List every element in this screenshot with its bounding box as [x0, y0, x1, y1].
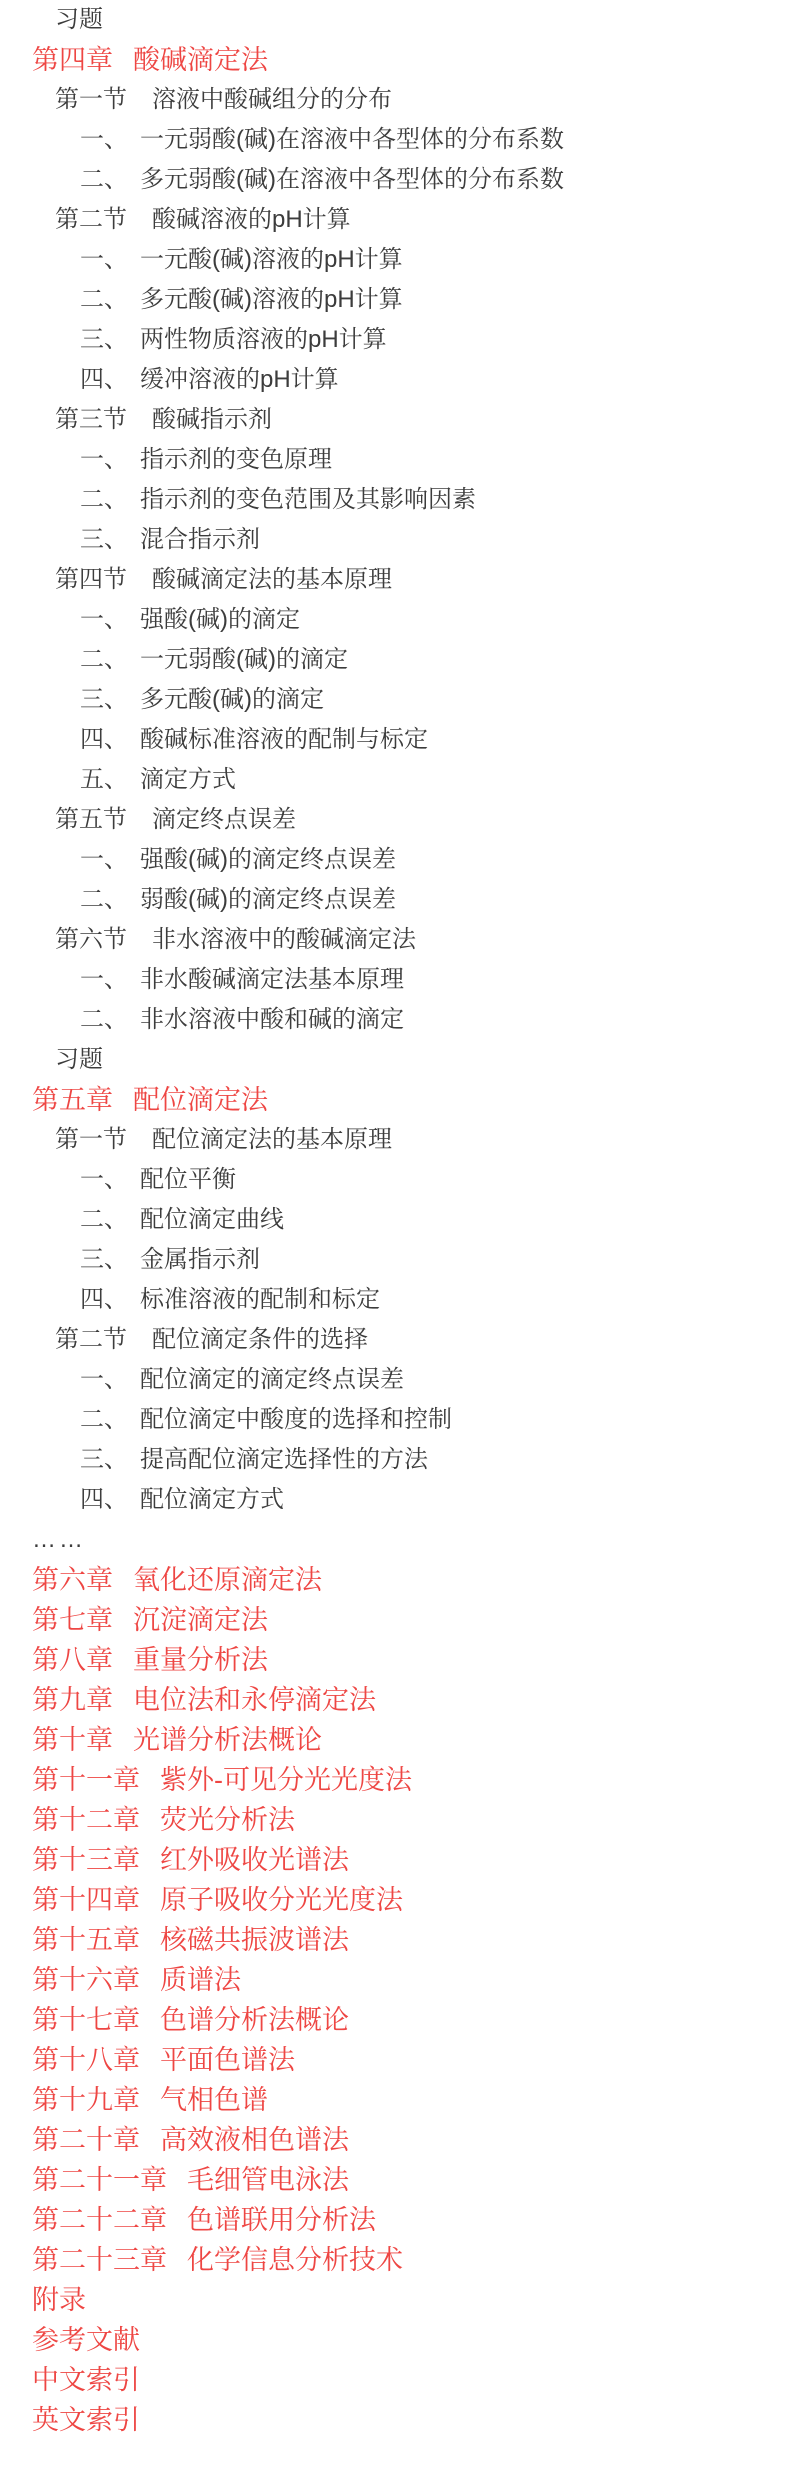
toc-entry-title: 电位法和永停滴定法	[133, 1680, 376, 1720]
toc-entry-label: 一、	[80, 960, 128, 1000]
toc-backmatter-entry: 参考文献	[0, 2320, 790, 2360]
toc-subsection-entry: 四、配位滴定方式	[0, 1480, 790, 1520]
toc-entry-label: 第一节	[55, 80, 127, 120]
toc-entry-label: 一、	[80, 1160, 128, 1200]
toc-entry-label: 二、	[80, 160, 128, 200]
toc-subsection-entry: 三、提高配位滴定选择性的方法	[0, 1440, 790, 1480]
toc-chapter-entry: 第十一章紫外-可见分光光度法	[0, 1760, 790, 1800]
toc-entry-label: 第十三章	[32, 1840, 140, 1880]
toc-entry-label: 第四章	[32, 40, 113, 80]
toc-chapter-entry: 第十八章平面色谱法	[0, 2040, 790, 2080]
toc-subsection-entry: 二、一元弱酸(碱)的滴定	[0, 640, 790, 680]
toc-entry-title: 色谱分析法概论	[160, 2000, 349, 2040]
toc-entry-label: 五、	[80, 760, 128, 800]
toc-subsection-entry: 一、一元弱酸(碱)在溶液中各型体的分布系数	[0, 120, 790, 160]
toc-entry-title: 强酸(碱)的滴定	[140, 600, 300, 640]
toc-subsection-entry: 一、强酸(碱)的滴定	[0, 600, 790, 640]
toc-subsection-entry: 一、配位滴定的滴定终点误差	[0, 1360, 790, 1400]
toc-entry-title: 沉淀滴定法	[133, 1600, 268, 1640]
toc-entry-label: 四、	[80, 360, 128, 400]
toc-subsection-entry: 二、多元酸(碱)溶液的pH计算	[0, 280, 790, 320]
toc-entry-label: 二、	[80, 1000, 128, 1040]
toc-entry-label: 第五章	[32, 1080, 113, 1120]
toc-entry-title: 配位滴定法	[133, 1080, 268, 1120]
toc-entry-title: 缓冲溶液的pH计算	[140, 360, 339, 400]
toc-entry-title: 配位滴定条件的选择	[152, 1320, 368, 1360]
toc-entry-label: 一、	[80, 600, 128, 640]
toc-entry-label: 三、	[80, 320, 128, 360]
toc-entry-title: 两性物质溶液的pH计算	[140, 320, 387, 360]
toc-entry-label: 一、	[80, 240, 128, 280]
toc-entry-title: 多元酸(碱)的滴定	[140, 680, 324, 720]
table-of-contents: 习题第四章酸碱滴定法第一节溶液中酸碱组分的分布一、一元弱酸(碱)在溶液中各型体的…	[0, 0, 790, 2440]
toc-entry-label: 第六节	[55, 920, 127, 960]
toc-entry-label: 一、	[80, 120, 128, 160]
toc-entry-label: 一、	[80, 440, 128, 480]
toc-exercise-entry: 习题	[0, 1040, 790, 1080]
toc-chapter-entry: 第十二章荧光分析法	[0, 1800, 790, 1840]
toc-entry-title: 配位滴定曲线	[140, 1200, 284, 1240]
toc-subsection-entry: 三、金属指示剂	[0, 1240, 790, 1280]
toc-entry-title: 多元酸(碱)溶液的pH计算	[140, 280, 403, 320]
toc-entry-title: 酸碱指示剂	[152, 400, 272, 440]
toc-section-entry: 第五节滴定终点误差	[0, 800, 790, 840]
toc-section-entry: 第六节非水溶液中的酸碱滴定法	[0, 920, 790, 960]
toc-section-entry: 第四节酸碱滴定法的基本原理	[0, 560, 790, 600]
toc-entry-label: 第十二章	[32, 1800, 140, 1840]
toc-entry-title: 高效液相色谱法	[160, 2120, 349, 2160]
toc-subsection-entry: 一、指示剂的变色原理	[0, 440, 790, 480]
toc-entry-label: 二、	[80, 280, 128, 320]
toc-subsection-entry: 二、配位滴定曲线	[0, 1200, 790, 1240]
toc-entry-label: 中文索引	[32, 2360, 140, 2400]
toc-entry-title: 指示剂的变色原理	[140, 440, 332, 480]
toc-subsection-entry: 四、标准溶液的配制和标定	[0, 1280, 790, 1320]
toc-entry-label: 第二十二章	[32, 2200, 167, 2240]
toc-entry-label: 第五节	[55, 800, 127, 840]
toc-subsection-entry: 二、配位滴定中酸度的选择和控制	[0, 1400, 790, 1440]
toc-entry-title: 核磁共振波谱法	[160, 1920, 349, 1960]
toc-subsection-entry: 二、指示剂的变色范围及其影响因素	[0, 480, 790, 520]
toc-backmatter-entry: 英文索引	[0, 2400, 790, 2440]
toc-backmatter-entry: 附录	[0, 2280, 790, 2320]
toc-entry-title: 非水溶液中的酸碱滴定法	[152, 920, 416, 960]
toc-entry-title: 原子吸收分光光度法	[160, 1880, 403, 1920]
toc-chapter-entry: 第九章电位法和永停滴定法	[0, 1680, 790, 1720]
toc-entry-label: ……	[32, 1520, 86, 1560]
toc-entry-title: 质谱法	[160, 1960, 241, 2000]
toc-entry-label: 四、	[80, 1480, 128, 1520]
toc-subsection-entry: 三、混合指示剂	[0, 520, 790, 560]
toc-entry-label: 习题	[55, 0, 103, 40]
toc-entry-title: 一元酸(碱)溶液的pH计算	[140, 240, 403, 280]
toc-chapter-entry: 第二十章高效液相色谱法	[0, 2120, 790, 2160]
toc-entry-label: 第十五章	[32, 1920, 140, 1960]
toc-entry-label: 第二节	[55, 1320, 127, 1360]
toc-subsection-entry: 五、滴定方式	[0, 760, 790, 800]
toc-section-entry: 第一节溶液中酸碱组分的分布	[0, 80, 790, 120]
toc-entry-label: 第四节	[55, 560, 127, 600]
toc-entry-title: 溶液中酸碱组分的分布	[152, 80, 392, 120]
toc-chapter-entry: 第二十一章毛细管电泳法	[0, 2160, 790, 2200]
toc-entry-label: 参考文献	[32, 2320, 140, 2360]
toc-entry-title: 配位滴定的滴定终点误差	[140, 1360, 404, 1400]
toc-entry-label: 第二十章	[32, 2120, 140, 2160]
toc-entry-label: 习题	[55, 1040, 103, 1080]
toc-entry-label: 第二节	[55, 200, 127, 240]
toc-entry-title: 混合指示剂	[140, 520, 260, 560]
toc-entry-label: 第十章	[32, 1720, 113, 1760]
toc-entry-label: 第十七章	[32, 2000, 140, 2040]
toc-entry-title: 紫外-可见分光光度法	[160, 1760, 412, 1800]
toc-entry-title: 滴定终点误差	[152, 800, 296, 840]
toc-entry-title: 配位滴定法的基本原理	[152, 1120, 392, 1160]
toc-chapter-entry: 第四章酸碱滴定法	[0, 40, 790, 80]
toc-subsection-entry: 四、缓冲溶液的pH计算	[0, 360, 790, 400]
toc-entry-title: 气相色谱	[160, 2080, 268, 2120]
toc-entry-label: 第十六章	[32, 1960, 140, 2000]
toc-entry-title: 重量分析法	[133, 1640, 268, 1680]
toc-entry-title: 一元弱酸(碱)的滴定	[140, 640, 348, 680]
toc-subsection-entry: 二、多元弱酸(碱)在溶液中各型体的分布系数	[0, 160, 790, 200]
toc-subsection-entry: 三、两性物质溶液的pH计算	[0, 320, 790, 360]
toc-entry-title: 配位平衡	[140, 1160, 236, 1200]
toc-entry-title: 酸碱滴定法的基本原理	[152, 560, 392, 600]
toc-entry-title: 一元弱酸(碱)在溶液中各型体的分布系数	[140, 120, 564, 160]
toc-chapter-entry: 第二十三章化学信息分析技术	[0, 2240, 790, 2280]
toc-entry-label: 英文索引	[32, 2400, 140, 2440]
toc-entry-title: 毛细管电泳法	[187, 2160, 349, 2200]
toc-entry-title: 酸碱标准溶液的配制与标定	[140, 720, 428, 760]
toc-entry-title: 标准溶液的配制和标定	[140, 1280, 380, 1320]
toc-section-entry: 第二节酸碱溶液的pH计算	[0, 200, 790, 240]
toc-subsection-entry: 一、非水酸碱滴定法基本原理	[0, 960, 790, 1000]
toc-entry-label: 第十九章	[32, 2080, 140, 2120]
toc-entry-title: 金属指示剂	[140, 1240, 260, 1280]
toc-entry-label: 二、	[80, 1200, 128, 1240]
book-toc-page: 习题第四章酸碱滴定法第一节溶液中酸碱组分的分布一、一元弱酸(碱)在溶液中各型体的…	[0, 0, 790, 2491]
toc-entry-label: 第十四章	[32, 1880, 140, 1920]
toc-entry-label: 三、	[80, 1440, 128, 1480]
toc-entry-title: 非水溶液中酸和碱的滴定	[140, 1000, 404, 1040]
toc-entry-title: 弱酸(碱)的滴定终点误差	[140, 880, 396, 920]
toc-entry-label: 三、	[80, 520, 128, 560]
toc-entry-label: 第七章	[32, 1600, 113, 1640]
toc-entry-label: 三、	[80, 680, 128, 720]
toc-chapter-entry: 第十四章原子吸收分光光度法	[0, 1880, 790, 1920]
toc-entry-label: 二、	[80, 640, 128, 680]
toc-entry-label: 第九章	[32, 1680, 113, 1720]
toc-entry-label: 三、	[80, 1240, 128, 1280]
toc-subsection-entry: 一、配位平衡	[0, 1160, 790, 1200]
toc-subsection-entry: 三、多元酸(碱)的滴定	[0, 680, 790, 720]
toc-entry-title: 强酸(碱)的滴定终点误差	[140, 840, 396, 880]
toc-exercise-entry: 习题	[0, 0, 790, 40]
toc-entry-title: 多元弱酸(碱)在溶液中各型体的分布系数	[140, 160, 564, 200]
toc-subsection-entry: 一、一元酸(碱)溶液的pH计算	[0, 240, 790, 280]
toc-entry-label: 一、	[80, 840, 128, 880]
toc-ellipsis: ……	[0, 1520, 790, 1560]
toc-chapter-entry: 第十七章色谱分析法概论	[0, 2000, 790, 2040]
toc-entry-title: 指示剂的变色范围及其影响因素	[140, 480, 476, 520]
toc-chapter-entry: 第六章氧化还原滴定法	[0, 1560, 790, 1600]
toc-entry-label: 一、	[80, 1360, 128, 1400]
toc-entry-title: 化学信息分析技术	[187, 2240, 403, 2280]
toc-entry-title: 提高配位滴定选择性的方法	[140, 1440, 428, 1480]
toc-entry-title: 荧光分析法	[160, 1800, 295, 1840]
toc-chapter-entry: 第八章重量分析法	[0, 1640, 790, 1680]
toc-entry-title: 非水酸碱滴定法基本原理	[140, 960, 404, 1000]
toc-chapter-entry: 第十章光谱分析法概论	[0, 1720, 790, 1760]
toc-entry-label: 第十八章	[32, 2040, 140, 2080]
toc-backmatter-entry: 中文索引	[0, 2360, 790, 2400]
toc-entry-label: 四、	[80, 720, 128, 760]
toc-section-entry: 第三节酸碱指示剂	[0, 400, 790, 440]
toc-chapter-entry: 第十三章红外吸收光谱法	[0, 1840, 790, 1880]
toc-entry-label: 附录	[32, 2280, 86, 2320]
toc-chapter-entry: 第五章配位滴定法	[0, 1080, 790, 1120]
toc-entry-label: 四、	[80, 1280, 128, 1320]
toc-entry-label: 第十一章	[32, 1760, 140, 1800]
toc-entry-label: 第二十一章	[32, 2160, 167, 2200]
toc-entry-title: 配位滴定中酸度的选择和控制	[140, 1400, 452, 1440]
toc-subsection-entry: 二、非水溶液中酸和碱的滴定	[0, 1000, 790, 1040]
toc-entry-title: 滴定方式	[140, 760, 236, 800]
toc-entry-label: 第八章	[32, 1640, 113, 1680]
toc-chapter-entry: 第十六章质谱法	[0, 1960, 790, 2000]
toc-chapter-entry: 第七章沉淀滴定法	[0, 1600, 790, 1640]
toc-entry-title: 配位滴定方式	[140, 1480, 284, 1520]
toc-entry-label: 第二十三章	[32, 2240, 167, 2280]
toc-entry-label: 二、	[80, 480, 128, 520]
toc-entry-title: 红外吸收光谱法	[160, 1840, 349, 1880]
toc-subsection-entry: 二、弱酸(碱)的滴定终点误差	[0, 880, 790, 920]
toc-entry-label: 二、	[80, 1400, 128, 1440]
toc-entry-title: 色谱联用分析法	[187, 2200, 376, 2240]
toc-entry-label: 第六章	[32, 1560, 113, 1600]
toc-chapter-entry: 第二十二章色谱联用分析法	[0, 2200, 790, 2240]
toc-section-entry: 第二节配位滴定条件的选择	[0, 1320, 790, 1360]
toc-chapter-entry: 第十九章气相色谱	[0, 2080, 790, 2120]
toc-entry-title: 平面色谱法	[160, 2040, 295, 2080]
toc-entry-title: 酸碱滴定法	[133, 40, 268, 80]
toc-entry-title: 光谱分析法概论	[133, 1720, 322, 1760]
toc-chapter-entry: 第十五章核磁共振波谱法	[0, 1920, 790, 1960]
toc-entry-label: 二、	[80, 880, 128, 920]
toc-entry-label: 第一节	[55, 1120, 127, 1160]
toc-section-entry: 第一节配位滴定法的基本原理	[0, 1120, 790, 1160]
toc-entry-title: 酸碱溶液的pH计算	[152, 200, 351, 240]
toc-entry-title: 氧化还原滴定法	[133, 1560, 322, 1600]
toc-subsection-entry: 一、强酸(碱)的滴定终点误差	[0, 840, 790, 880]
toc-entry-label: 第三节	[55, 400, 127, 440]
toc-subsection-entry: 四、酸碱标准溶液的配制与标定	[0, 720, 790, 760]
